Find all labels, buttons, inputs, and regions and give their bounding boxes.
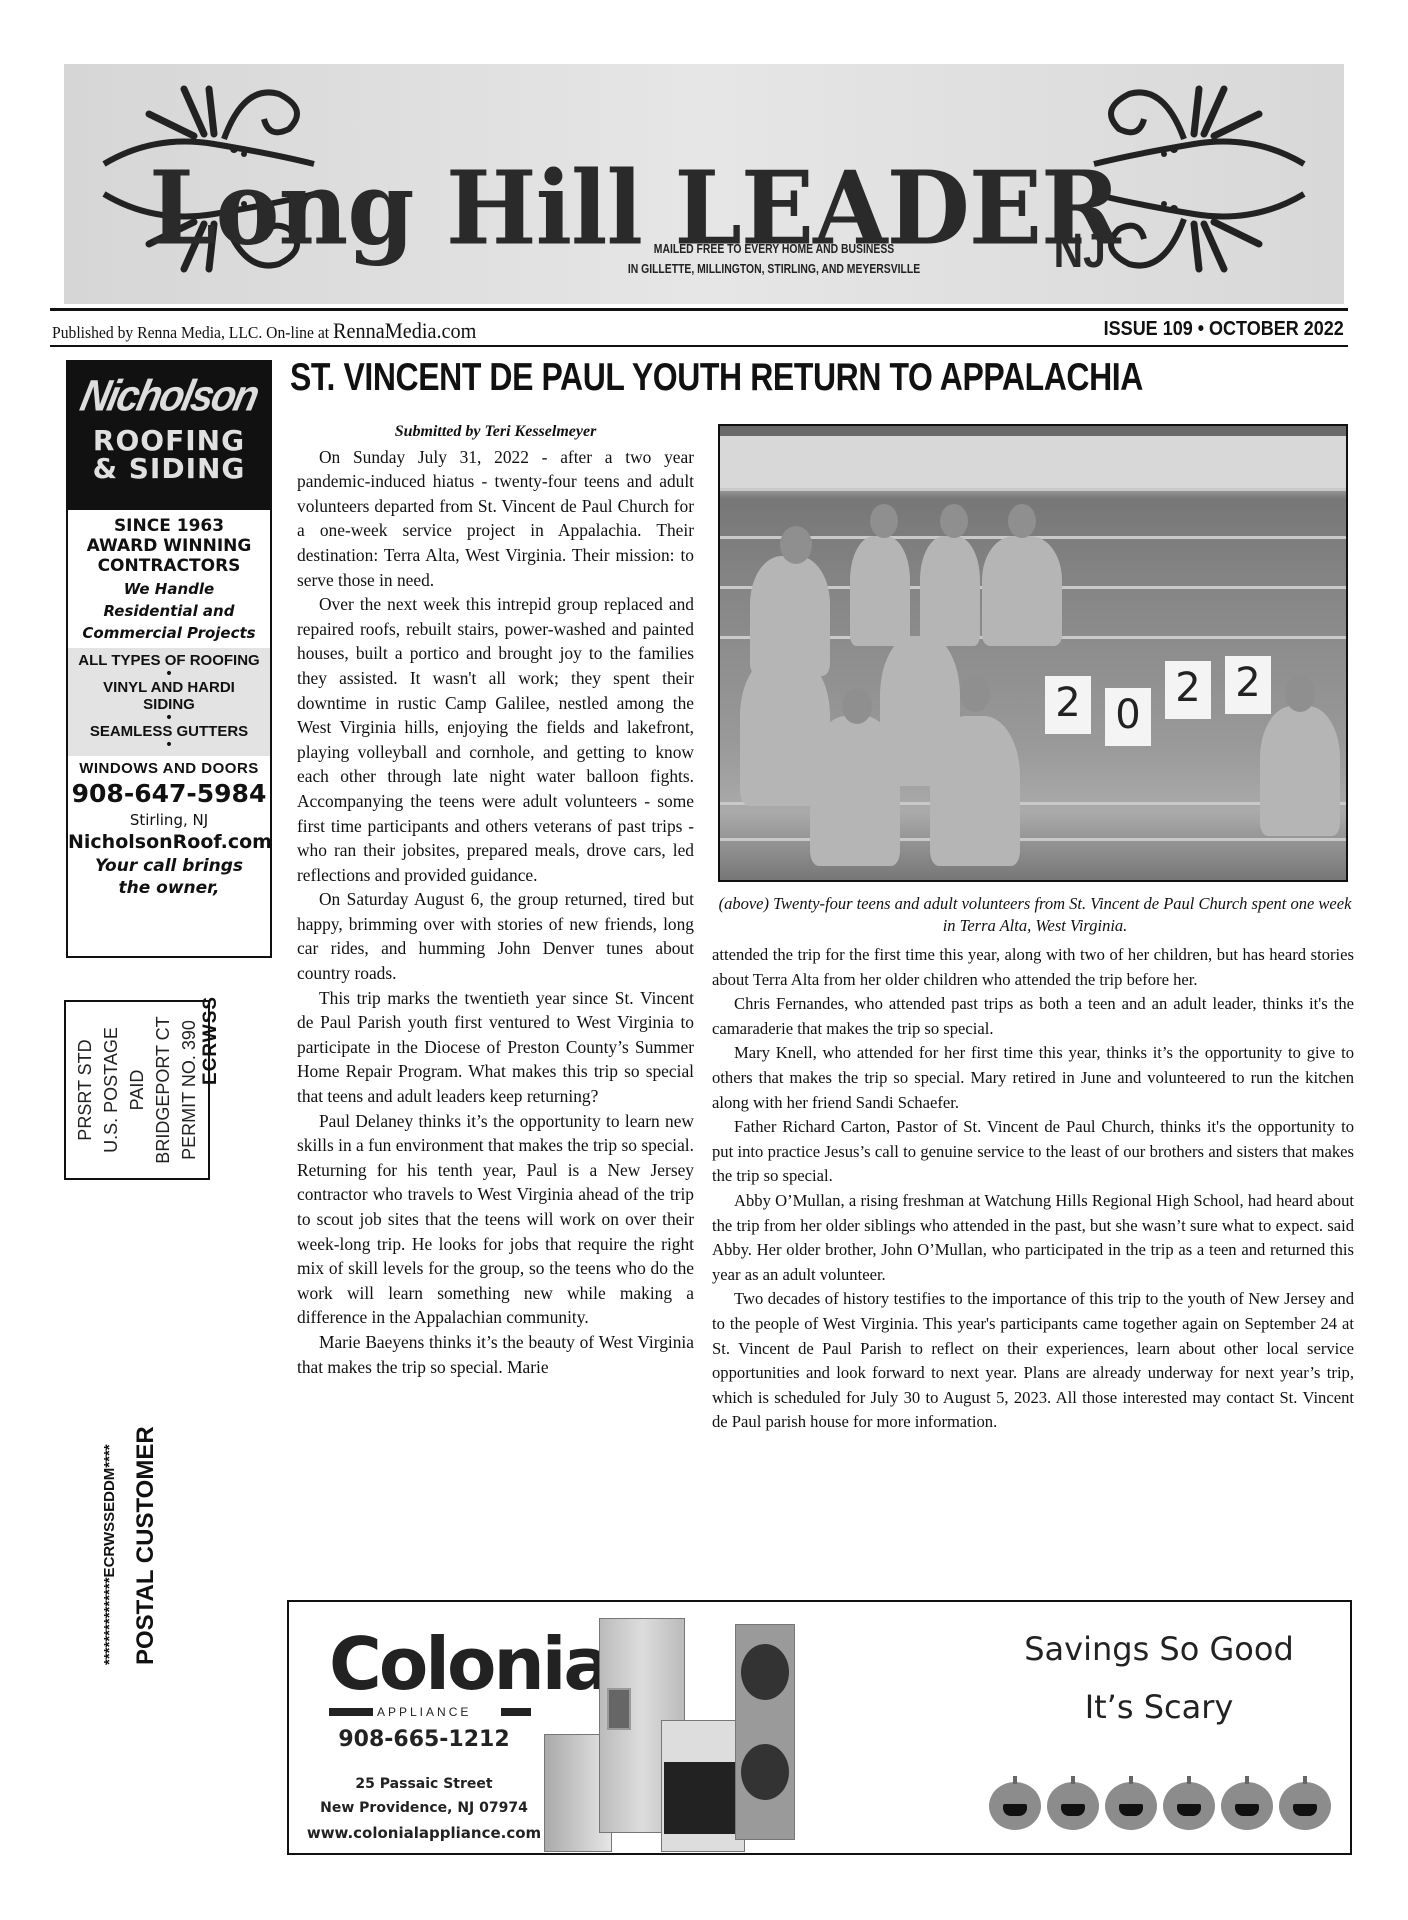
masthead: Long Hill LEADER MAILED FREE TO EVERY HO…	[64, 64, 1344, 304]
person	[850, 536, 910, 646]
person-head	[870, 504, 898, 538]
oven-window	[664, 1762, 742, 1834]
ad-tagline: ROOFING & SIDING	[68, 427, 270, 483]
person	[810, 716, 900, 866]
ad-slogan-line: Your call brings	[68, 855, 270, 877]
tagline-line: MAILED FREE TO EVERY HOME AND BUSINESS	[614, 239, 934, 259]
article-column-2: attended the trip for the first time thi…	[712, 943, 1354, 1435]
bullet-icon: •	[68, 740, 270, 750]
ad-slogan-line: It’s Scary	[979, 1678, 1339, 1736]
article-paragraph: This trip marks the twentieth year since…	[297, 986, 694, 1109]
person-head	[842, 688, 872, 724]
jack-o-lantern-icon	[1163, 1782, 1215, 1830]
ad-tagline-line: & SIDING	[68, 455, 270, 483]
person-head	[940, 504, 968, 538]
ad-city: Stirling, NJ	[68, 811, 270, 829]
ad-credentials: SINCE 1963 AWARD WINNING CONTRACTORS	[68, 510, 270, 576]
photo-sign: 0	[1105, 688, 1151, 746]
service-item: VINYL AND HARDI SIDING	[68, 679, 270, 713]
group-photo: 2 0 2 2	[718, 424, 1348, 882]
photo-sign: 2	[1045, 676, 1091, 734]
ad-slogan: Your call brings the owner,	[68, 855, 270, 899]
jack-o-lantern-icon	[989, 1782, 1041, 1830]
address-line: New Providence, NJ 07974	[299, 1796, 549, 1820]
photo-sign: 2	[1225, 656, 1271, 714]
article-paragraph: Paul Delaney thinks it’s the opportunity…	[297, 1109, 694, 1330]
ad-website-link[interactable]: www.colonialappliance.com	[299, 1824, 549, 1842]
nicholson-roofing-ad[interactable]: Nicholson ROOFING & SIDING SINCE 1963 AW…	[66, 360, 272, 958]
postal-customer-label: POSTAL CUSTOMER	[132, 1426, 160, 1665]
ad-logo-block: Nicholson ROOFING & SIDING	[68, 362, 270, 510]
publisher-website-link[interactable]: RennaMedia.com	[333, 318, 476, 343]
article-headline: ST. VINCENT DE PAUL YOUTH RETURN TO APPA…	[290, 356, 1159, 400]
ad-phone: 908-647-5984	[68, 777, 270, 811]
ad-address: 25 Passaic Street New Providence, NJ 079…	[299, 1772, 549, 1820]
person-head	[960, 676, 990, 712]
nicholson-logo: Nicholson	[63, 372, 276, 422]
ad-slogan-line: the owner,	[68, 877, 270, 899]
ad-phone: 908-665-1212	[309, 1727, 539, 1752]
person-head	[1285, 676, 1315, 712]
jack-o-lantern-icon	[1221, 1782, 1273, 1830]
photo-step	[720, 488, 1346, 491]
ad-slogan: Savings So Good It’s Scary	[979, 1620, 1339, 1736]
divider	[50, 345, 1348, 347]
ad-award: AWARD WINNING	[68, 536, 270, 556]
pumpkin-row	[989, 1782, 1339, 1830]
ad-website-link[interactable]: NicholsonRoof.com	[68, 829, 270, 855]
article-paragraph: Marie Baeyens thinks it’s the beauty of …	[297, 1330, 694, 1379]
photo-caption: (above) Twenty-four teens and adult volu…	[712, 893, 1358, 937]
ad-since: SINCE 1963	[68, 516, 270, 536]
person-head	[1008, 504, 1036, 538]
issue-number: ISSUE 109 • OCTOBER 2022	[1104, 318, 1344, 341]
masthead-tagline: MAILED FREE TO EVERY HOME AND BUSINESS I…	[614, 239, 934, 279]
article-paragraph: Chris Fernandes, who attended past trips…	[712, 992, 1354, 1041]
photo-sign: 2	[1165, 661, 1211, 719]
postage-line: PERMIT NO. 390	[176, 1005, 202, 1175]
postage-text: PRSRT STD U.S. POSTAGE PAID BRIDGEPORT C…	[72, 1005, 202, 1175]
ecrwss-address-line: ***************ECRWSSEDDM****	[101, 1444, 118, 1665]
divider	[50, 308, 1348, 311]
person-head	[780, 526, 812, 564]
logo-bar	[501, 1708, 531, 1716]
postage-indicia: PRSRT STD U.S. POSTAGE PAID BRIDGEPORT C…	[64, 1000, 210, 1180]
article-paragraph: Abby O’Mullan, a rising freshman at Watc…	[712, 1189, 1354, 1287]
state-label: NJ	[1054, 224, 1106, 279]
colonial-appliance-ad[interactable]: Colonial APPLIANCE 908-665-1212 25 Passa…	[287, 1600, 1352, 1855]
person	[1260, 706, 1340, 836]
article-byline: Submitted by Teri Kesselmeyer	[297, 420, 694, 445]
publisher-line: Published by Renna Media, LLC. On-line a…	[52, 318, 476, 344]
article-paragraph: Father Richard Carton, Pastor of St. Vin…	[712, 1115, 1354, 1189]
person	[930, 716, 1020, 866]
washer-door	[741, 1744, 789, 1800]
ad-handle-line: We Handle	[68, 578, 270, 600]
ecrwss-label: ECRWSS	[200, 996, 222, 1085]
postage-line: PRSRT STD	[72, 1005, 98, 1175]
article-paragraph: On Saturday August 6, the group returned…	[297, 887, 694, 985]
ad-handle-line: Residential and	[68, 600, 270, 622]
article-paragraph: Mary Knell, who attended for her first t…	[712, 1041, 1354, 1115]
address-line: 25 Passaic Street	[299, 1772, 549, 1796]
article-column-1: Submitted by Teri Kesselmeyer On Sunday …	[297, 420, 694, 1379]
article-paragraph: Over the next week this intrepid group r…	[297, 592, 694, 887]
photo-background-trees	[720, 426, 1346, 488]
jack-o-lantern-icon	[1047, 1782, 1099, 1830]
tagline-line: IN GILLETTE, MILLINGTON, STIRLING, AND M…	[614, 259, 934, 279]
service-item: WINDOWS AND DOORS	[68, 756, 270, 777]
ad-handle-line: Commercial Projects	[68, 622, 270, 644]
ad-services-list: ALL TYPES OF ROOFING • VINYL AND HARDI S…	[68, 648, 270, 756]
postage-line: U.S. POSTAGE	[98, 1005, 124, 1175]
publisher-text: Published by Renna Media, LLC. On-line a…	[52, 323, 333, 342]
article-paragraph: Two decades of history testifies to the …	[712, 1287, 1354, 1435]
dryer-door	[741, 1644, 789, 1700]
water-dispenser	[607, 1688, 631, 1730]
ad-slogan-line: Savings So Good	[979, 1620, 1339, 1678]
person	[982, 536, 1062, 646]
ad-contractors: CONTRACTORS	[68, 556, 270, 576]
colonial-logo: Colonial	[329, 1622, 631, 1706]
article-paragraph: On Sunday July 31, 2022 - after a two ye…	[297, 445, 694, 593]
bullet-icon: •	[68, 713, 270, 723]
bullet-icon: •	[68, 669, 270, 679]
ad-tagline-line: ROOFING	[68, 427, 270, 455]
person	[920, 536, 980, 646]
colonial-logo-sub: APPLIANCE	[377, 1705, 471, 1719]
postage-line: PAID	[124, 1005, 150, 1175]
article-paragraph: attended the trip for the first time thi…	[712, 943, 1354, 992]
jack-o-lantern-icon	[1105, 1782, 1157, 1830]
ad-handle-text: We Handle Residential and Commercial Pro…	[68, 576, 270, 644]
jack-o-lantern-icon	[1279, 1782, 1331, 1830]
logo-bar	[329, 1708, 373, 1716]
postage-line: BRIDGEPORT CT	[150, 1005, 176, 1175]
